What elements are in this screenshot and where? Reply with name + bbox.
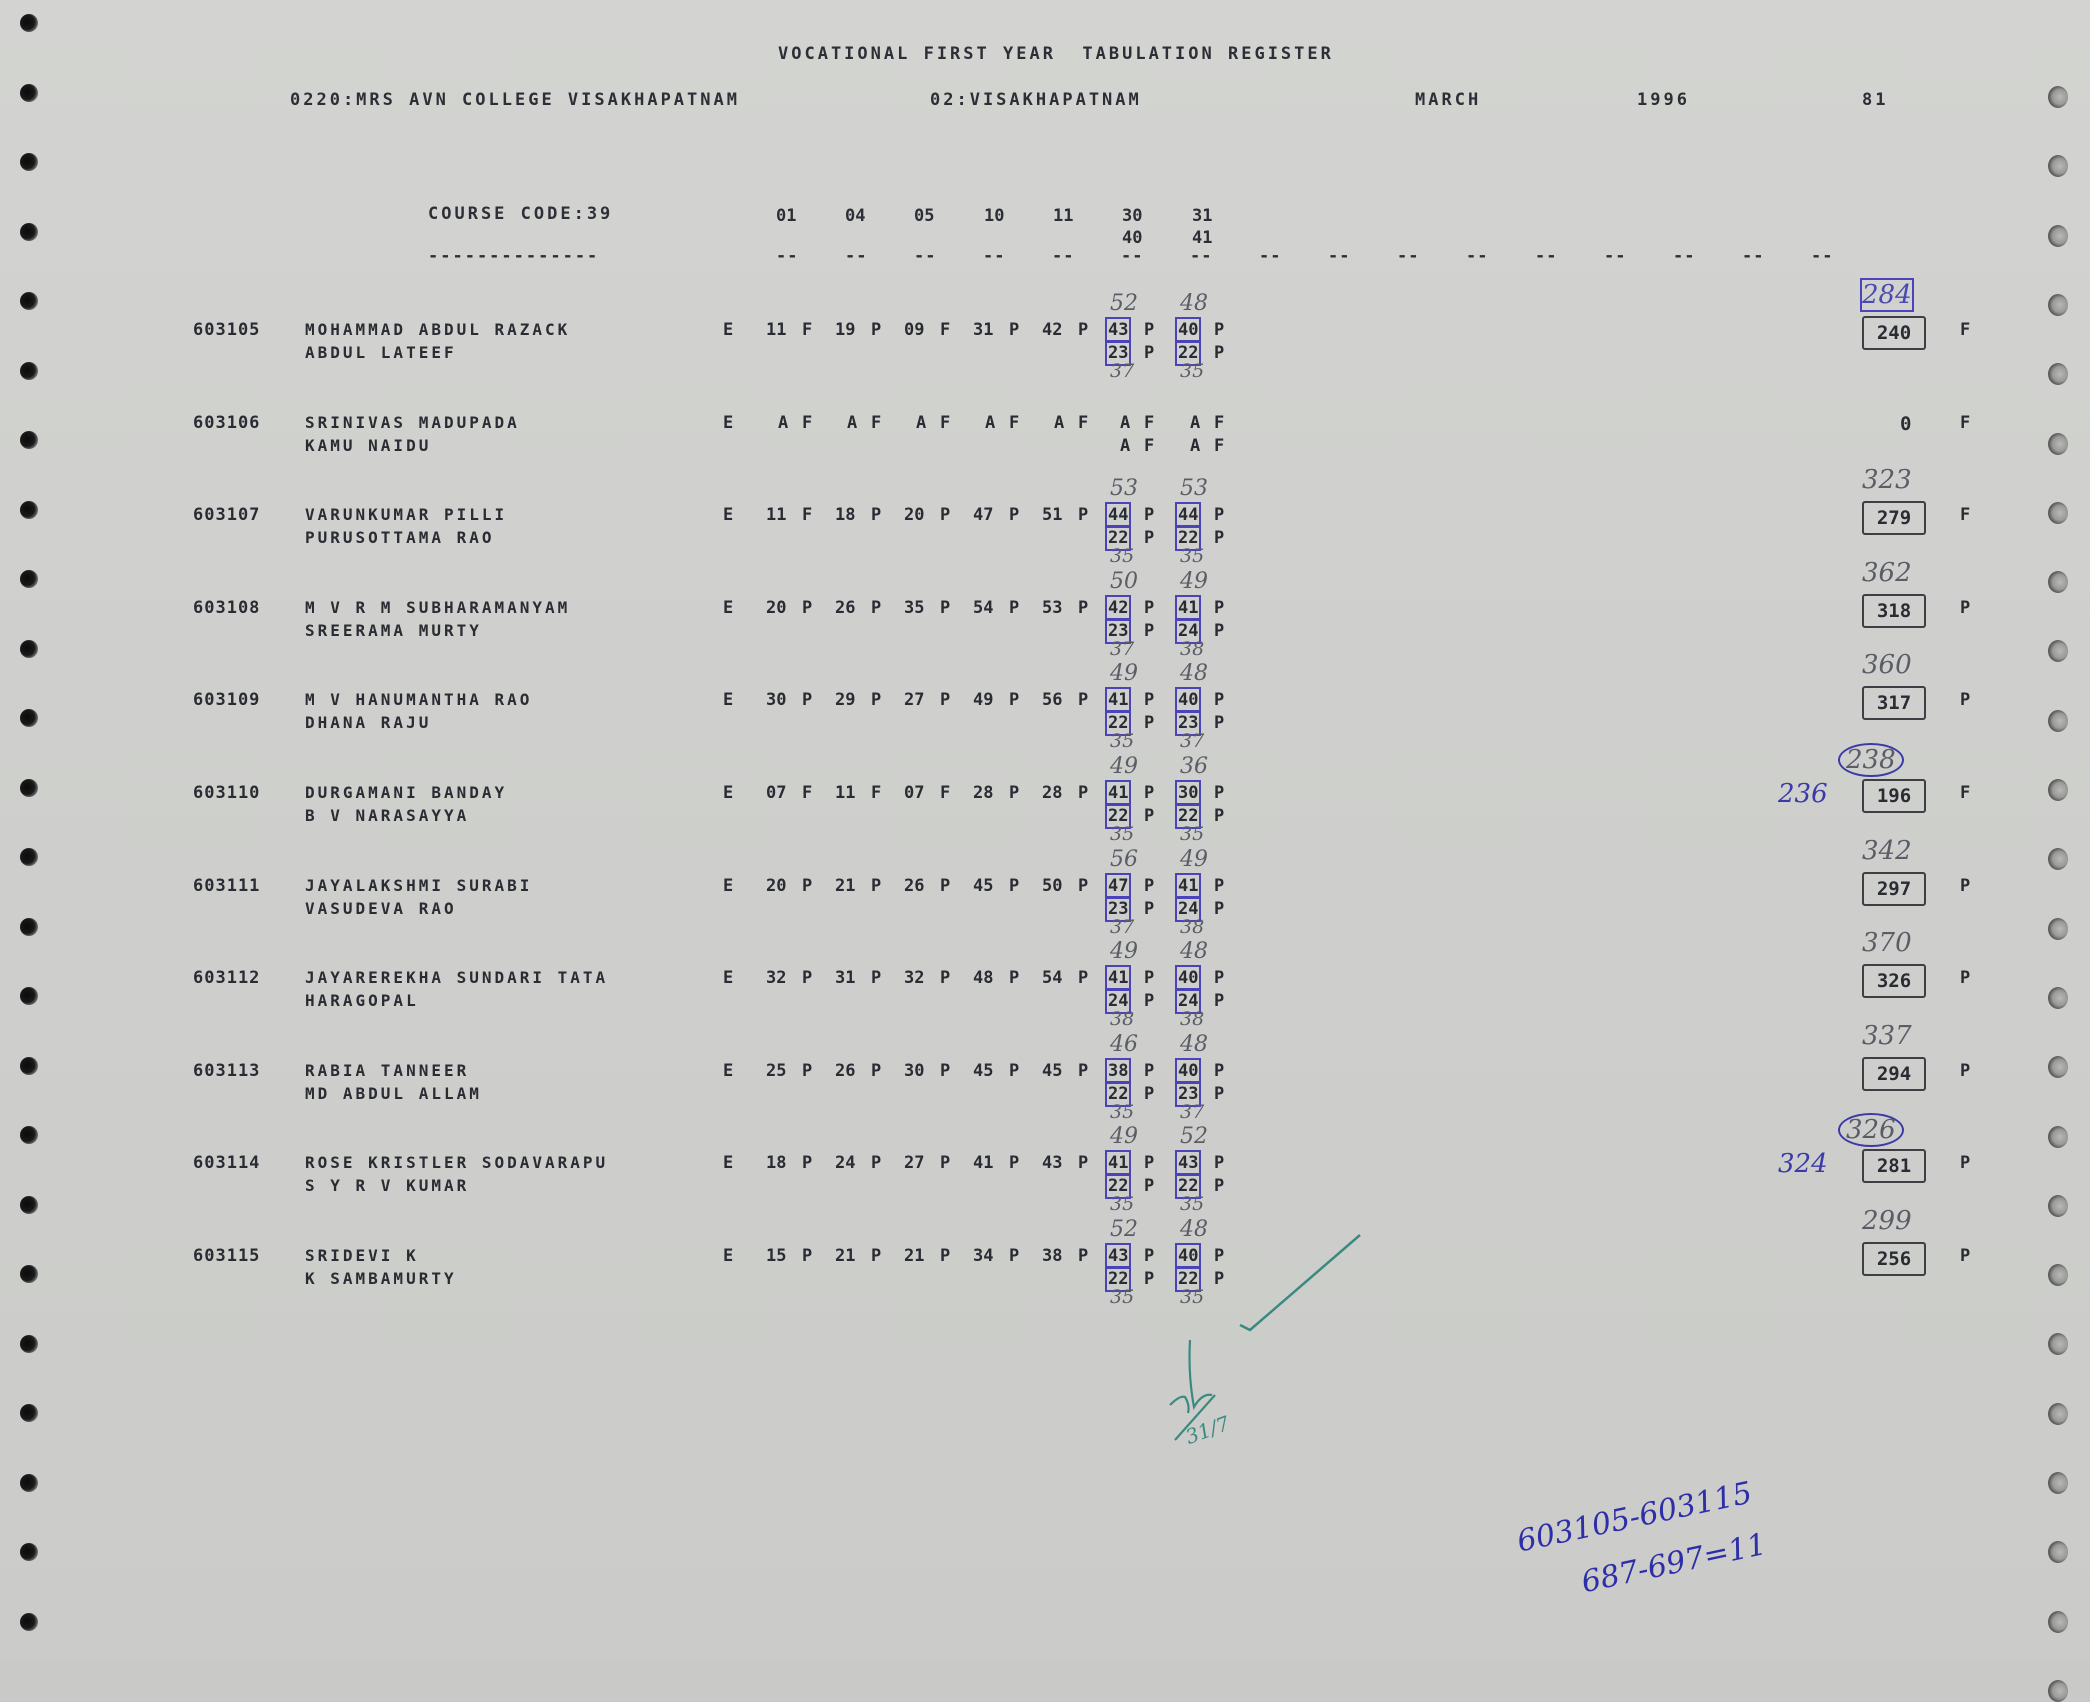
subject-code-header: 04 xyxy=(845,206,865,226)
student-row: 603108M V R M SUBHARAMANYAMSREERAMA MURT… xyxy=(0,598,2090,688)
tractor-hole-icon xyxy=(20,14,38,32)
subject-mark: 21 xyxy=(835,876,855,896)
subject-mark: 32 xyxy=(904,968,924,988)
subject-mark: 25 xyxy=(766,1061,786,1081)
subject-result-second: P xyxy=(1144,1176,1154,1196)
handwritten-subtotal-bottom: 35 xyxy=(1180,823,1204,845)
handwritten-subtotal-top: 49 xyxy=(1110,661,1138,686)
handwritten-total: 284 xyxy=(1862,280,1912,310)
subject-mark: 43 xyxy=(1108,320,1128,340)
subject-result-second: P xyxy=(1144,1269,1154,1289)
subject-result: F xyxy=(940,783,950,803)
tractor-hole-icon xyxy=(2048,1333,2068,1355)
column-divider: -- xyxy=(1535,246,1557,266)
student-name: SRIDEVI K xyxy=(305,1246,419,1265)
column-divider: -- xyxy=(983,246,1005,266)
subject-mark: 56 xyxy=(1042,690,1062,710)
father-name: VASUDEVA RAO xyxy=(305,899,457,918)
subject-result: F xyxy=(1144,413,1154,433)
overall-result: F xyxy=(1960,505,1970,525)
subject-result: P xyxy=(871,1246,881,1266)
handwritten-subtotal-top: 50 xyxy=(1110,569,1138,594)
subject-mark: 44 xyxy=(1178,505,1198,525)
subject-result-second: F xyxy=(1144,436,1154,456)
father-name: S Y R V KUMAR xyxy=(305,1176,469,1195)
handwritten-subtotal-bottom: 35 xyxy=(1180,1286,1204,1308)
father-name: B V NARASAYYA xyxy=(305,806,469,825)
tabulation-register-page: VOCATIONAL FIRST YEAR TABULATION REGISTE… xyxy=(0,0,2090,1660)
course-code-label: COURSE CODE:39 xyxy=(428,204,613,224)
roll-number: 603106 xyxy=(193,413,260,433)
handwritten-subtotal-top: 52 xyxy=(1110,291,1138,316)
handwritten-subtotal-bottom: 35 xyxy=(1180,1193,1204,1215)
subject-result-second: P xyxy=(1214,806,1224,826)
exam-code: E xyxy=(723,413,733,433)
subject-mark: 43 xyxy=(1108,1246,1128,1266)
subject-result: F xyxy=(802,413,812,433)
subject-result: P xyxy=(1009,968,1019,988)
tractor-hole-icon xyxy=(20,1543,38,1561)
subject-mark: 26 xyxy=(835,598,855,618)
subject-result: P xyxy=(1078,1153,1088,1173)
subject-result-second: P xyxy=(1144,899,1154,919)
exam-code: E xyxy=(723,320,733,340)
subject-result: P xyxy=(1078,505,1088,525)
handwritten-total: 342 xyxy=(1862,836,1912,866)
handwritten-total: 362 xyxy=(1862,558,1912,588)
subject-result: P xyxy=(1078,876,1088,896)
subject-mark: A xyxy=(916,413,926,433)
subject-mark: 54 xyxy=(1042,968,1062,988)
subject-mark: 30 xyxy=(904,1061,924,1081)
subject-result-second: P xyxy=(1214,713,1224,733)
subject-mark: 42 xyxy=(1108,598,1128,618)
column-divider: -- xyxy=(1259,246,1281,266)
subject-result-second: P xyxy=(1214,528,1224,548)
subject-mark: 41 xyxy=(1108,783,1128,803)
subject-result: F xyxy=(940,320,950,340)
grand-total: 294 xyxy=(1862,1057,1926,1091)
column-divider: -- xyxy=(776,246,798,266)
father-name: SREERAMA MURTY xyxy=(305,621,482,640)
column-divider: -- xyxy=(1811,246,1833,266)
handwritten-subtotal-bottom: 37 xyxy=(1110,360,1134,382)
overall-result: F xyxy=(1960,413,1970,433)
overall-result: P xyxy=(1960,1153,1970,1173)
subject-mark: 26 xyxy=(835,1061,855,1081)
student-row: 603112JAYAREREKHA SUNDARI TATAHARAGOPALE… xyxy=(0,968,2090,1058)
subject-result: P xyxy=(1144,505,1154,525)
subject-result-second: P xyxy=(1144,343,1154,363)
subject-result: P xyxy=(871,1061,881,1081)
column-divider: -- xyxy=(1673,246,1695,266)
grand-total: 279 xyxy=(1862,501,1926,535)
subject-result: P xyxy=(1078,968,1088,988)
handwritten-total: 299 xyxy=(1862,1206,1912,1236)
exam-code: E xyxy=(723,1153,733,1173)
handwritten-subtotal-top: 49 xyxy=(1110,754,1138,779)
handwritten-subtotal-top: 53 xyxy=(1110,476,1138,501)
subject-mark: 34 xyxy=(973,1246,993,1266)
handwritten-subtotal-bottom: 37 xyxy=(1180,730,1204,752)
subject-code-header: 11 xyxy=(1053,206,1073,226)
handwritten-total: 323 xyxy=(1862,465,1912,495)
subject-result-second: P xyxy=(1144,991,1154,1011)
column-divider: -- xyxy=(1121,246,1143,266)
subject-result: P xyxy=(1214,1061,1224,1081)
subject-result: P xyxy=(1214,505,1224,525)
subject-result: P xyxy=(1144,1153,1154,1173)
roll-number: 603110 xyxy=(193,783,260,803)
student-row: 603113RABIA TANNEERMD ABDUL ALLAME25P26P… xyxy=(0,1061,2090,1151)
subject-result: P xyxy=(1009,1246,1019,1266)
tractor-hole-icon xyxy=(2048,1611,2068,1633)
subject-mark: 26 xyxy=(904,876,924,896)
father-name: PURUSOTTAMA RAO xyxy=(305,528,495,547)
roll-number: 603112 xyxy=(193,968,260,988)
column-divider: -- xyxy=(914,246,936,266)
subject-result: P xyxy=(1214,320,1224,340)
father-name: MD ABDUL ALLAM xyxy=(305,1084,482,1103)
subject-mark: 11 xyxy=(766,505,786,525)
subject-mark: 07 xyxy=(766,783,786,803)
subject-code-header: 01 xyxy=(776,206,796,226)
student-row: 603105MOHAMMAD ABDUL RAZACKABDUL LATEEFE… xyxy=(0,320,2090,410)
father-name: DHANA RAJU xyxy=(305,713,431,732)
overall-result: P xyxy=(1960,876,1970,896)
tractor-hole-icon xyxy=(20,223,38,241)
subject-mark: 40 xyxy=(1178,320,1198,340)
subject-mark: 41 xyxy=(1178,876,1198,896)
subject-mark: 27 xyxy=(904,690,924,710)
subject-result: P xyxy=(1009,598,1019,618)
subject-mark: A xyxy=(985,413,995,433)
handwritten-subtotal-top: 36 xyxy=(1180,754,1208,779)
student-row: 603106SRINIVAS MADUPADAKAMU NAIDUEAFAFAF… xyxy=(0,413,2090,503)
subject-result-second: F xyxy=(1214,436,1224,456)
student-name: M V R M SUBHARAMANYAM xyxy=(305,598,570,617)
subject-result: P xyxy=(940,1246,950,1266)
college-name: 0220:MRS AVN COLLEGE VISAKHAPATNAM xyxy=(290,90,740,110)
subject-result: F xyxy=(940,413,950,433)
subject-result-second: P xyxy=(1214,1176,1224,1196)
student-name: SRINIVAS MADUPADA xyxy=(305,413,520,432)
student-row: 603111JAYALAKSHMI SURABIVASUDEVA RAOE20P… xyxy=(0,876,2090,966)
subject-result: F xyxy=(871,783,881,803)
handwritten-subtotal-bottom: 38 xyxy=(1110,1008,1134,1030)
handwritten-total: 370 xyxy=(1862,928,1912,958)
subject-result: P xyxy=(1144,968,1154,988)
subject-result: P xyxy=(1214,876,1224,896)
handwritten-subtotal-bottom: 38 xyxy=(1180,1008,1204,1030)
subject-code-header: 05 xyxy=(914,206,934,226)
subject-mark: 29 xyxy=(835,690,855,710)
subject-mark: 42 xyxy=(1042,320,1062,340)
subject-result: P xyxy=(802,1246,812,1266)
overall-result: P xyxy=(1960,968,1970,988)
subject-mark: 54 xyxy=(973,598,993,618)
exam-code: E xyxy=(723,1246,733,1266)
handwritten-subtotal-bottom: 35 xyxy=(1110,1101,1134,1123)
exam-code: E xyxy=(723,505,733,525)
column-divider: -- xyxy=(1328,246,1350,266)
subject-mark: 43 xyxy=(1042,1153,1062,1173)
subject-mark: 40 xyxy=(1178,1061,1198,1081)
tractor-hole-icon xyxy=(2048,1403,2068,1425)
subject-mark: 15 xyxy=(766,1246,786,1266)
subject-mark: 18 xyxy=(835,505,855,525)
handwritten-subtotal-top: 48 xyxy=(1180,1217,1208,1242)
overall-result: F xyxy=(1960,783,1970,803)
tractor-hole-icon xyxy=(2048,225,2068,247)
handwritten-subtotal-top: 49 xyxy=(1110,1124,1138,1149)
subject-result: P xyxy=(940,1153,950,1173)
tractor-hole-icon xyxy=(20,84,38,102)
register-title: VOCATIONAL FIRST YEAR TABULATION REGISTE… xyxy=(778,44,1334,64)
exam-year: 1996 xyxy=(1637,90,1690,110)
exam-code: E xyxy=(723,690,733,710)
subject-mark: 32 xyxy=(766,968,786,988)
handwritten-subtotal-bottom: 37 xyxy=(1110,916,1134,938)
grand-total: 317 xyxy=(1862,686,1926,720)
page-number: 81 xyxy=(1862,90,1888,110)
exam-month: MARCH xyxy=(1415,90,1481,110)
subject-result: P xyxy=(1144,320,1154,340)
handwritten-subtotal-top: 49 xyxy=(1180,847,1208,872)
handwritten-subtotal-bottom: 37 xyxy=(1110,638,1134,660)
subject-mark: 24 xyxy=(835,1153,855,1173)
subject-mark: 40 xyxy=(1178,968,1198,988)
exam-code: E xyxy=(723,968,733,988)
subject-result: P xyxy=(1078,1246,1088,1266)
subject-mark: 19 xyxy=(835,320,855,340)
subject-mark-second: A xyxy=(1190,436,1200,456)
tractor-hole-icon xyxy=(2048,86,2068,108)
student-row: 603114ROSE KRISTLER SODAVARAPUS Y R V KU… xyxy=(0,1153,2090,1243)
subject-result: P xyxy=(1144,1246,1154,1266)
subject-result: P xyxy=(1078,690,1088,710)
tractor-hole-icon xyxy=(20,1404,38,1422)
subject-mark: 18 xyxy=(766,1153,786,1173)
subject-mark: 48 xyxy=(973,968,993,988)
course-code-underline: -------------- xyxy=(428,246,599,266)
subject-mark: 45 xyxy=(1042,1061,1062,1081)
district-name: 02:VISAKHAPATNAM xyxy=(930,90,1142,110)
roll-number: 603109 xyxy=(193,690,260,710)
handwritten-subtotal-top: 52 xyxy=(1180,1124,1208,1149)
student-name: M V HANUMANTHA RAO xyxy=(305,690,532,709)
subject-result: P xyxy=(802,1153,812,1173)
subject-result: P xyxy=(1214,1153,1224,1173)
student-row: 603109M V HANUMANTHA RAODHANA RAJUE30P29… xyxy=(0,690,2090,780)
handwritten-subtotal-top: 48 xyxy=(1180,291,1208,316)
subject-result: P xyxy=(1214,690,1224,710)
overall-result: P xyxy=(1960,1061,1970,1081)
overall-result: P xyxy=(1960,690,1970,710)
subject-result: P xyxy=(940,876,950,896)
handwritten-subtotal-top: 49 xyxy=(1180,569,1208,594)
subject-result: P xyxy=(871,876,881,896)
subject-result: F xyxy=(802,320,812,340)
subject-result-second: P xyxy=(1214,621,1224,641)
father-name: HARAGOPAL xyxy=(305,991,419,1010)
handwritten-correction: 236 xyxy=(1778,779,1828,809)
exam-code: E xyxy=(723,876,733,896)
subject-mark: 41 xyxy=(973,1153,993,1173)
subject-result: P xyxy=(940,968,950,988)
subject-result: F xyxy=(1009,413,1019,433)
subject-result: P xyxy=(871,598,881,618)
subject-result: F xyxy=(802,505,812,525)
subject-result: P xyxy=(1009,1061,1019,1081)
subject-result-second: P xyxy=(1144,1084,1154,1104)
subject-code-header: 10 xyxy=(984,206,1004,226)
subject-result: P xyxy=(1009,876,1019,896)
handwritten-subtotal-bottom: 35 xyxy=(1110,1286,1134,1308)
student-row: 603115SRIDEVI KK SAMBAMURTYE15P21P21P34P… xyxy=(0,1246,2090,1336)
overall-result: P xyxy=(1960,1246,1970,1266)
subject-result: F xyxy=(871,413,881,433)
subject-result: P xyxy=(1144,1061,1154,1081)
subject-mark: 51 xyxy=(1042,505,1062,525)
subject-mark: A xyxy=(1120,413,1130,433)
subject-mark: 27 xyxy=(904,1153,924,1173)
roll-number: 603115 xyxy=(193,1246,260,1266)
handwritten-total: 238 xyxy=(1838,743,1904,777)
roll-number: 603105 xyxy=(193,320,260,340)
subject-mark: 20 xyxy=(766,876,786,896)
tractor-hole-icon xyxy=(2048,1541,2068,1563)
tractor-hole-icon xyxy=(20,292,38,310)
handwritten-subtotal-bottom: 38 xyxy=(1180,916,1204,938)
subject-result: P xyxy=(1078,320,1088,340)
subject-result: P xyxy=(940,505,950,525)
roll-number: 603108 xyxy=(193,598,260,618)
handwritten-subtotal-top: 52 xyxy=(1110,1217,1138,1242)
subject-mark: 45 xyxy=(973,876,993,896)
handwritten-subtotal-top: 53 xyxy=(1180,476,1208,501)
subject-mark: 20 xyxy=(766,598,786,618)
subject-code-header-second: 41 xyxy=(1192,228,1212,248)
subject-result: P xyxy=(871,690,881,710)
subject-result: P xyxy=(1009,783,1019,803)
student-name: VARUNKUMAR PILLI xyxy=(305,505,507,524)
father-name: K SAMBAMURTY xyxy=(305,1269,457,1288)
column-divider: -- xyxy=(1466,246,1488,266)
subject-mark: A xyxy=(1190,413,1200,433)
column-divider: -- xyxy=(1052,246,1074,266)
subject-result: P xyxy=(802,968,812,988)
handwritten-subtotal-bottom: 35 xyxy=(1110,730,1134,752)
subject-mark: 30 xyxy=(766,690,786,710)
exam-code: E xyxy=(723,783,733,803)
subject-mark: 41 xyxy=(1108,690,1128,710)
overall-result: F xyxy=(1960,320,1970,340)
subject-result: P xyxy=(1144,598,1154,618)
subject-mark: 38 xyxy=(1108,1061,1128,1081)
grand-total: 256 xyxy=(1862,1242,1926,1276)
subject-result: P xyxy=(1144,876,1154,896)
subject-result: P xyxy=(1144,690,1154,710)
subject-mark: 09 xyxy=(904,320,924,340)
tractor-hole-icon xyxy=(20,153,38,171)
subject-result: P xyxy=(802,690,812,710)
roll-number: 603113 xyxy=(193,1061,260,1081)
grand-total: 326 xyxy=(1862,964,1926,998)
subject-result: P xyxy=(871,968,881,988)
subject-result-second: P xyxy=(1144,806,1154,826)
handwritten-total: 337 xyxy=(1862,1021,1912,1051)
subject-result-second: P xyxy=(1214,1084,1224,1104)
subject-result: P xyxy=(940,598,950,618)
subject-result: P xyxy=(940,690,950,710)
grand-total: 240 xyxy=(1862,316,1926,350)
handwritten-total: 326 xyxy=(1838,1113,1904,1147)
subject-result-second: P xyxy=(1144,713,1154,733)
student-name: DURGAMANI BANDAY xyxy=(305,783,507,802)
overall-result: P xyxy=(1960,598,1970,618)
grand-total: 281 xyxy=(1862,1149,1926,1183)
handwritten-subtotal-top: 46 xyxy=(1110,1032,1138,1057)
student-row: 603110DURGAMANI BANDAYB V NARASAYYAE07F1… xyxy=(0,783,2090,873)
subject-mark: 20 xyxy=(904,505,924,525)
student-name: ROSE KRISTLER SODAVARAPU xyxy=(305,1153,608,1172)
handwritten-subtotal-top: 48 xyxy=(1180,939,1208,964)
subject-mark: A xyxy=(1054,413,1064,433)
subject-mark: 11 xyxy=(835,783,855,803)
handwritten-subtotal-bottom: 35 xyxy=(1180,360,1204,382)
tractor-hole-icon xyxy=(20,1474,38,1492)
exam-code: E xyxy=(723,1061,733,1081)
grand-total: 318 xyxy=(1862,594,1926,628)
subject-mark: 50 xyxy=(1042,876,1062,896)
subject-result: P xyxy=(871,320,881,340)
student-row: 603107VARUNKUMAR PILLIPURUSOTTAMA RAOE11… xyxy=(0,505,2090,595)
subject-result: F xyxy=(802,783,812,803)
subject-mark: 49 xyxy=(973,690,993,710)
column-divider: -- xyxy=(1742,246,1764,266)
subject-result: P xyxy=(1214,968,1224,988)
column-divider: -- xyxy=(1397,246,1419,266)
subject-mark: 40 xyxy=(1178,1246,1198,1266)
student-name: JAYAREREKHA SUNDARI TATA xyxy=(305,968,608,987)
tractor-hole-icon xyxy=(20,1335,38,1353)
subject-result: P xyxy=(1144,783,1154,803)
subject-result: P xyxy=(1078,783,1088,803)
grand-total: 297 xyxy=(1862,872,1926,906)
handwritten-total: 360 xyxy=(1862,650,1912,680)
subject-result: P xyxy=(871,1153,881,1173)
subject-mark: 44 xyxy=(1108,505,1128,525)
subject-mark: 31 xyxy=(835,968,855,988)
subject-result: P xyxy=(802,598,812,618)
subject-mark: 31 xyxy=(973,320,993,340)
handwritten-subtotal-bottom: 35 xyxy=(1180,545,1204,567)
subject-mark: 41 xyxy=(1178,598,1198,618)
subject-mark: 38 xyxy=(1042,1246,1062,1266)
subject-result: P xyxy=(940,1061,950,1081)
column-divider: -- xyxy=(845,246,867,266)
subject-result: F xyxy=(1214,413,1224,433)
subject-result: P xyxy=(802,1061,812,1081)
tractor-hole-icon xyxy=(20,1613,38,1631)
tractor-hole-icon xyxy=(2048,155,2068,177)
subject-mark: 21 xyxy=(835,1246,855,1266)
subject-result-second: P xyxy=(1214,1269,1224,1289)
subject-code-header: 31 xyxy=(1192,206,1212,226)
subject-mark: 40 xyxy=(1178,690,1198,710)
handwritten-subtotal-bottom: 35 xyxy=(1110,1193,1134,1215)
